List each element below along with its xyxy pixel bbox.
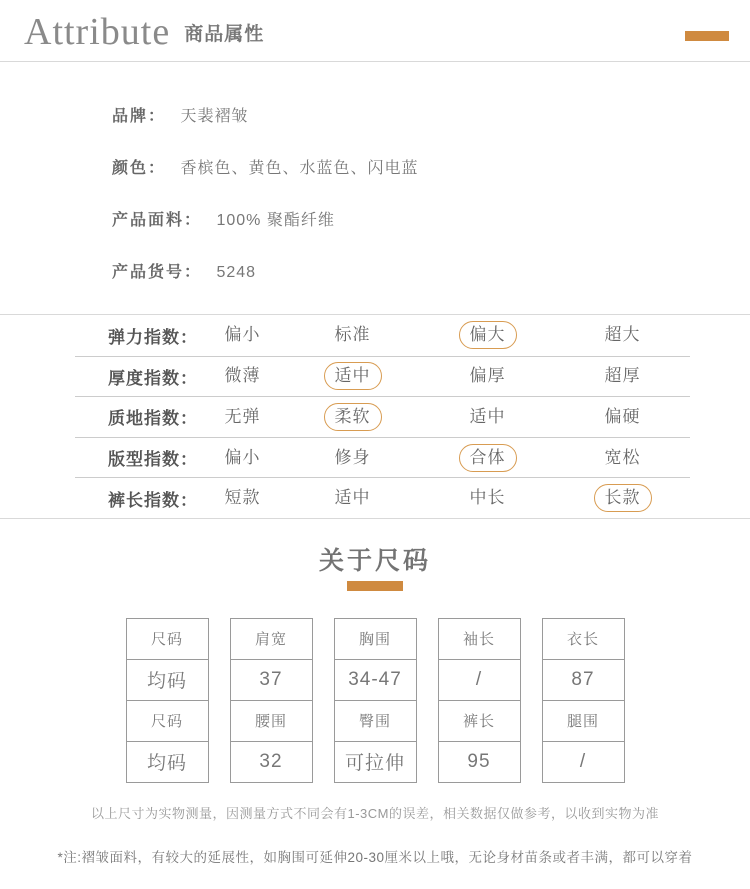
attribute-option-selected: 适中: [324, 362, 382, 390]
attribute-option: 超厚: [594, 362, 652, 390]
size-table: 尺码 均码 尺码 均码 肩宽 37 腰围 32 胸围 34-47 臀围 可拉伸 …: [0, 618, 750, 783]
size-section: 关于尺码 尺码 均码 尺码 均码 肩宽 37 腰围 32 胸围 34-47 臀围…: [0, 547, 750, 866]
size-table-column-size: 尺码 均码 尺码 均码: [126, 618, 209, 783]
product-info-row-brand: 品牌： 天裴褶皱: [112, 106, 750, 128]
size-table-column-length-leg: 衣长 87 腿围 /: [542, 618, 625, 783]
size-cell-value: 95: [439, 741, 520, 782]
size-table-column-sleeve-pant: 袖长 / 裤长 95: [438, 618, 521, 783]
page-header: Attribute商品属性: [0, 0, 750, 62]
attribute-row-elasticity: 弹力指数： 偏小 标准 偏大 超大: [75, 315, 690, 356]
size-cell-header: 臀围: [335, 700, 416, 741]
product-info-row-fabric: 产品面料： 100% 聚酯纤维: [112, 210, 750, 232]
attribute-option: 无弹: [214, 403, 272, 431]
size-cell-value: /: [439, 659, 520, 700]
product-attribute-page: Attribute商品属性 品牌： 天裴褶皱 颜色： 香槟色、黄色、水蓝色、闪电…: [0, 0, 750, 889]
info-label: 产品面料：: [112, 212, 202, 229]
attribute-option: 适中: [459, 403, 517, 431]
product-info-row-item-number: 产品货号： 5248: [112, 262, 750, 284]
attribute-row-pant-length: 裤长指数： 短款 适中 中长 长款: [75, 477, 690, 518]
attribute-option-selected: 长款: [594, 484, 652, 512]
size-cell-value: 37: [231, 659, 312, 700]
size-cell-header: 腰围: [231, 700, 312, 741]
info-value: 天裴褶皱: [180, 108, 248, 125]
fabric-note: *注:褶皱面料，有较大的延展性，如胸围可延伸20-30厘米以上哦，无论身材苗条或…: [0, 846, 750, 866]
size-cell-value: 均码: [127, 741, 208, 782]
info-value: 100% 聚酯纤维: [216, 212, 334, 229]
size-cell-value: 可拉伸: [335, 741, 416, 782]
size-disclaimer: 以上尺寸为实物测量，因测量方式不同会有1-3CM的误差，相关数据仅做参考，以收到…: [0, 803, 750, 822]
size-title-underline: [347, 581, 403, 591]
info-value: 5248: [216, 264, 256, 281]
attribute-option: 偏小: [214, 444, 272, 472]
attribute-option: 超大: [594, 321, 652, 349]
product-info-section: 品牌： 天裴褶皱 颜色： 香槟色、黄色、水蓝色、闪电蓝 产品面料： 100% 聚…: [0, 62, 750, 284]
size-cell-header: 袖长: [439, 619, 520, 659]
attribute-row-label: 裤长指数：: [108, 486, 200, 511]
attribute-option: 偏硬: [594, 403, 652, 431]
attribute-row-label: 质地指数：: [108, 404, 200, 429]
attribute-option: 修身: [324, 444, 382, 472]
info-label: 产品货号：: [112, 264, 202, 281]
size-table-column-bust-hip: 胸围 34-47 臀围 可拉伸: [334, 618, 417, 783]
attribute-option: 微薄: [214, 362, 272, 390]
attribute-row-label: 版型指数：: [108, 445, 200, 470]
size-cell-header: 衣长: [543, 619, 624, 659]
size-section-title: 关于尺码: [0, 547, 750, 575]
header-accent-bar: [685, 31, 729, 41]
size-cell-value: 87: [543, 659, 624, 700]
size-cell-header: 尺码: [127, 700, 208, 741]
size-cell-header: 肩宽: [231, 619, 312, 659]
attribute-option: 适中: [324, 484, 382, 512]
attribute-option-selected: 偏大: [459, 321, 517, 349]
size-cell-header: 胸围: [335, 619, 416, 659]
size-cell-header: 腿围: [543, 700, 624, 741]
header-title-zh: 商品属性: [184, 24, 264, 45]
size-cell-header: 尺码: [127, 619, 208, 659]
attribute-option: 宽松: [594, 444, 652, 472]
attribute-row-thickness: 厚度指数： 微薄 适中 偏厚 超厚: [75, 356, 690, 397]
attribute-row-label: 厚度指数：: [108, 364, 200, 389]
product-info-row-color: 颜色： 香槟色、黄色、水蓝色、闪电蓝: [112, 158, 750, 180]
attribute-option: 偏厚: [459, 362, 517, 390]
attribute-index-table: 弹力指数： 偏小 标准 偏大 超大 厚度指数： 微薄 适中 偏厚 超厚 质地指数…: [0, 314, 750, 519]
attribute-row-label: 弹力指数：: [108, 323, 200, 348]
attribute-option: 短款: [214, 484, 272, 512]
attribute-option: 标准: [324, 321, 382, 349]
size-cell-value: 34-47: [335, 659, 416, 700]
attribute-option-selected: 柔软: [324, 403, 382, 431]
attribute-row-fit: 版型指数： 偏小 修身 合体 宽松: [75, 437, 690, 478]
size-cell-value: 32: [231, 741, 312, 782]
header-title-en: Attribute: [24, 11, 170, 53]
attribute-row-texture: 质地指数： 无弹 柔软 适中 偏硬: [75, 396, 690, 437]
info-label: 品牌：: [112, 108, 166, 125]
size-cell-value: 均码: [127, 659, 208, 700]
attribute-option-selected: 合体: [459, 444, 517, 472]
attribute-option: 偏小: [214, 321, 272, 349]
attribute-option: 中长: [459, 484, 517, 512]
size-cell-value: /: [543, 741, 624, 782]
size-cell-header: 裤长: [439, 700, 520, 741]
info-label: 颜色：: [112, 160, 166, 177]
info-value: 香槟色、黄色、水蓝色、闪电蓝: [180, 160, 418, 177]
size-table-column-shoulder-waist: 肩宽 37 腰围 32: [230, 618, 313, 783]
